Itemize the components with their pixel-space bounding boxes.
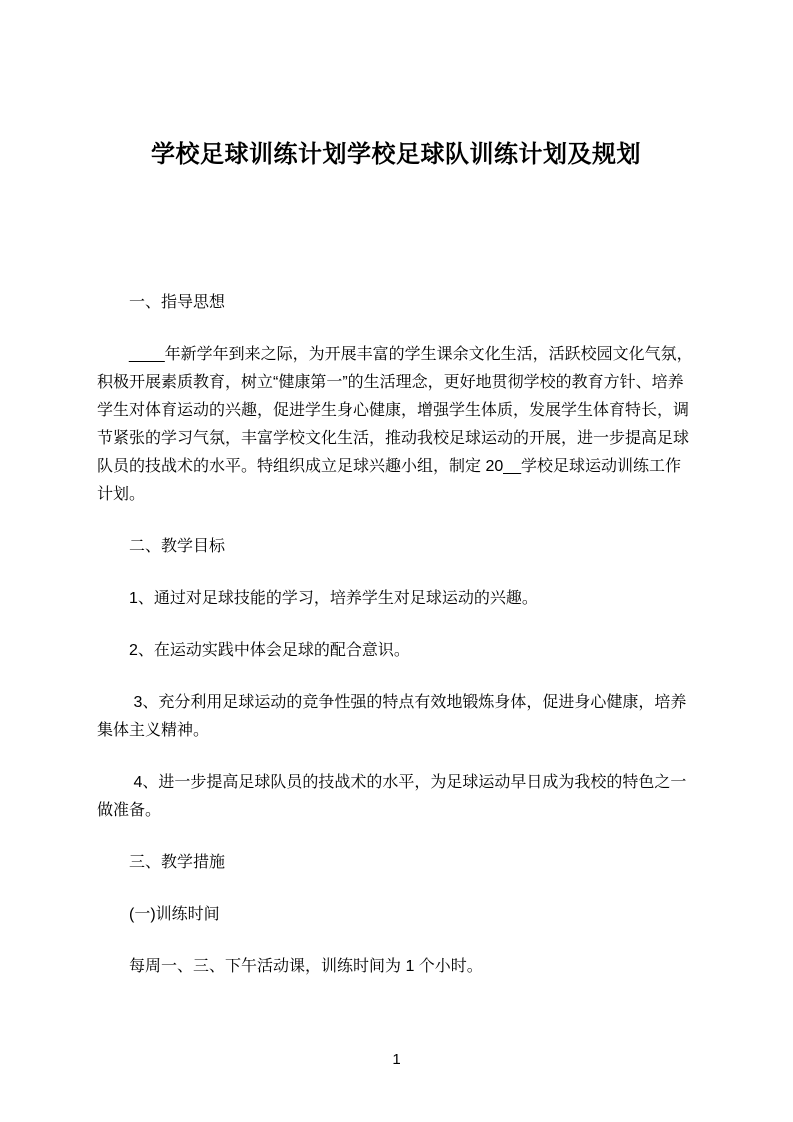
document-page: 学校足球训练计划学校足球队训练计划及规划 一、指导思想 ____年新学年到来之际… (0, 0, 793, 1122)
objective-item-1: 1、通过对足球技能的学习，培养学生对足球运动的兴趣。 (97, 585, 695, 613)
paragraph-guiding-thought-body: ____年新学年到来之际，为开展丰富的学生课余文化生活，活跃校园文化气氛，积极开… (97, 341, 695, 509)
section-heading-teaching-measures: 三、教学措施 (97, 849, 695, 877)
section-heading-teaching-objectives: 二、教学目标 (97, 533, 695, 561)
page-number: 1 (0, 1050, 793, 1070)
objective-item-2: 2、在运动实践中体会足球的配合意识。 (97, 637, 695, 665)
section-heading-guiding-thought: 一、指导思想 (97, 289, 695, 317)
objective-item-3: 3、充分利用足球运动的竞争性强的特点有效地锻炼身体，促进身心健康，培养集体主义精… (97, 689, 695, 745)
objective-item-4: 4、进一步提高足球队员的技战术的水平，为足球运动早日成为我校的特色之一做准备。 (97, 769, 695, 825)
subsection-heading-training-time: (一)训练时间 (97, 901, 695, 929)
document-title: 学校足球训练计划学校足球队训练计划及规划 (97, 140, 695, 170)
paragraph-training-schedule: 每周一、三、下午活动课，训练时间为 1 个小时。 (97, 953, 695, 981)
